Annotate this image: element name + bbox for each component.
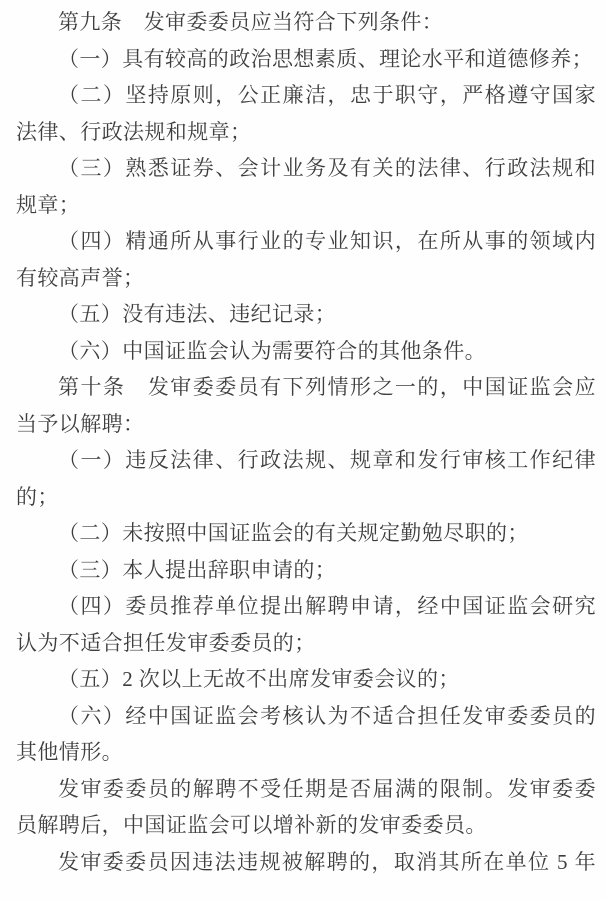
text-line: 发审委委员的解聘不受任期是否届满的限制。发审委委 [16,771,596,808]
text-line: 发审委委员因违法违规被解聘的，取消其所在单位 5 年 [16,844,596,881]
text-line: （四）委员推荐单位提出解聘申请，经中国证监会研究 [16,588,596,625]
article-9-item-6: （六）中国证监会认为需要符合的其他条件。 [16,333,596,370]
article-10-item-6: （六）经中国证监会考核认为不适合担任发审委委员的 其他情形。 [16,698,596,771]
text-line: 第十条 发审委委员有下列情形之一的，中国证监会应 [16,369,596,406]
text-line: （六）中国证监会认为需要符合的其他条件。 [16,333,596,370]
text-line: （二）未按照中国证监会的有关规定勤勉尽职的； [16,515,596,552]
text-line: 第九条 发审委委员应当符合下列条件： [16,4,596,41]
text-line: （二）坚持原则，公正廉洁，忠于职守，严格遵守国家 [16,77,596,114]
article-9-item-2: （二）坚持原则，公正廉洁，忠于职守，严格遵守国家 法律、行政法规和规章； [16,77,596,150]
text-line: （一）具有较高的政治思想素质、理论水平和道德修养； [16,41,596,78]
article-10-item-3: （三）本人提出辞职申请的； [16,552,596,589]
text-line: 规章； [16,187,596,224]
article-10-item-5: （五）2 次以上无故不出席发审委会议的； [16,661,596,698]
text-line: 当予以解聘： [16,406,596,443]
document-page: 第九条 发审委委员应当符合下列条件： （一）具有较高的政治思想素质、理论水平和道… [0,0,606,900]
text-line: 法律、行政法规和规章； [16,114,596,151]
text-line: 有较高声誉； [16,260,596,297]
article-10-item-1: （一）违反法律、行政法规、规章和发行审核工作纪律 的； [16,442,596,515]
text-line: （五）没有违法、违纪记录； [16,296,596,333]
text-line: 认为不适合担任发审委委员的； [16,625,596,662]
article-10-para-revocation: 发审委委员因违法违规被解聘的，取消其所在单位 5 年 [16,844,596,881]
text-line: （六）经中国证监会考核认为不适合担任发审委委员的 [16,698,596,735]
article-10-para-dismissal: 发审委委员的解聘不受任期是否届满的限制。发审委委 员解聘后，中国证监会可以增补新… [16,771,596,844]
article-9-item-1: （一）具有较高的政治思想素质、理论水平和道德修养； [16,41,596,78]
text-line: 的； [16,479,596,516]
article-9-heading: 第九条 发审委委员应当符合下列条件： [16,4,596,41]
article-10-item-2: （二）未按照中国证监会的有关规定勤勉尽职的； [16,515,596,552]
article-9-item-5: （五）没有违法、违纪记录； [16,296,596,333]
text-line: （四）精通所从事行业的专业知识，在所从事的领域内 [16,223,596,260]
text-line: （三）熟悉证券、会计业务及有关的法律、行政法规和 [16,150,596,187]
text-line: 员解聘后，中国证监会可以增补新的发审委委员。 [16,807,596,844]
article-9-item-3: （三）熟悉证券、会计业务及有关的法律、行政法规和 规章； [16,150,596,223]
text-line: （五）2 次以上无故不出席发审委会议的； [16,661,596,698]
article-10-item-4: （四）委员推荐单位提出解聘申请，经中国证监会研究 认为不适合担任发审委委员的； [16,588,596,661]
text-line: （三）本人提出辞职申请的； [16,552,596,589]
article-9-item-4: （四）精通所从事行业的专业知识，在所从事的领域内 有较高声誉； [16,223,596,296]
text-line: 其他情形。 [16,734,596,771]
article-10-heading: 第十条 发审委委员有下列情形之一的，中国证监会应 当予以解聘： [16,369,596,442]
text-line: （一）违反法律、行政法规、规章和发行审核工作纪律 [16,442,596,479]
